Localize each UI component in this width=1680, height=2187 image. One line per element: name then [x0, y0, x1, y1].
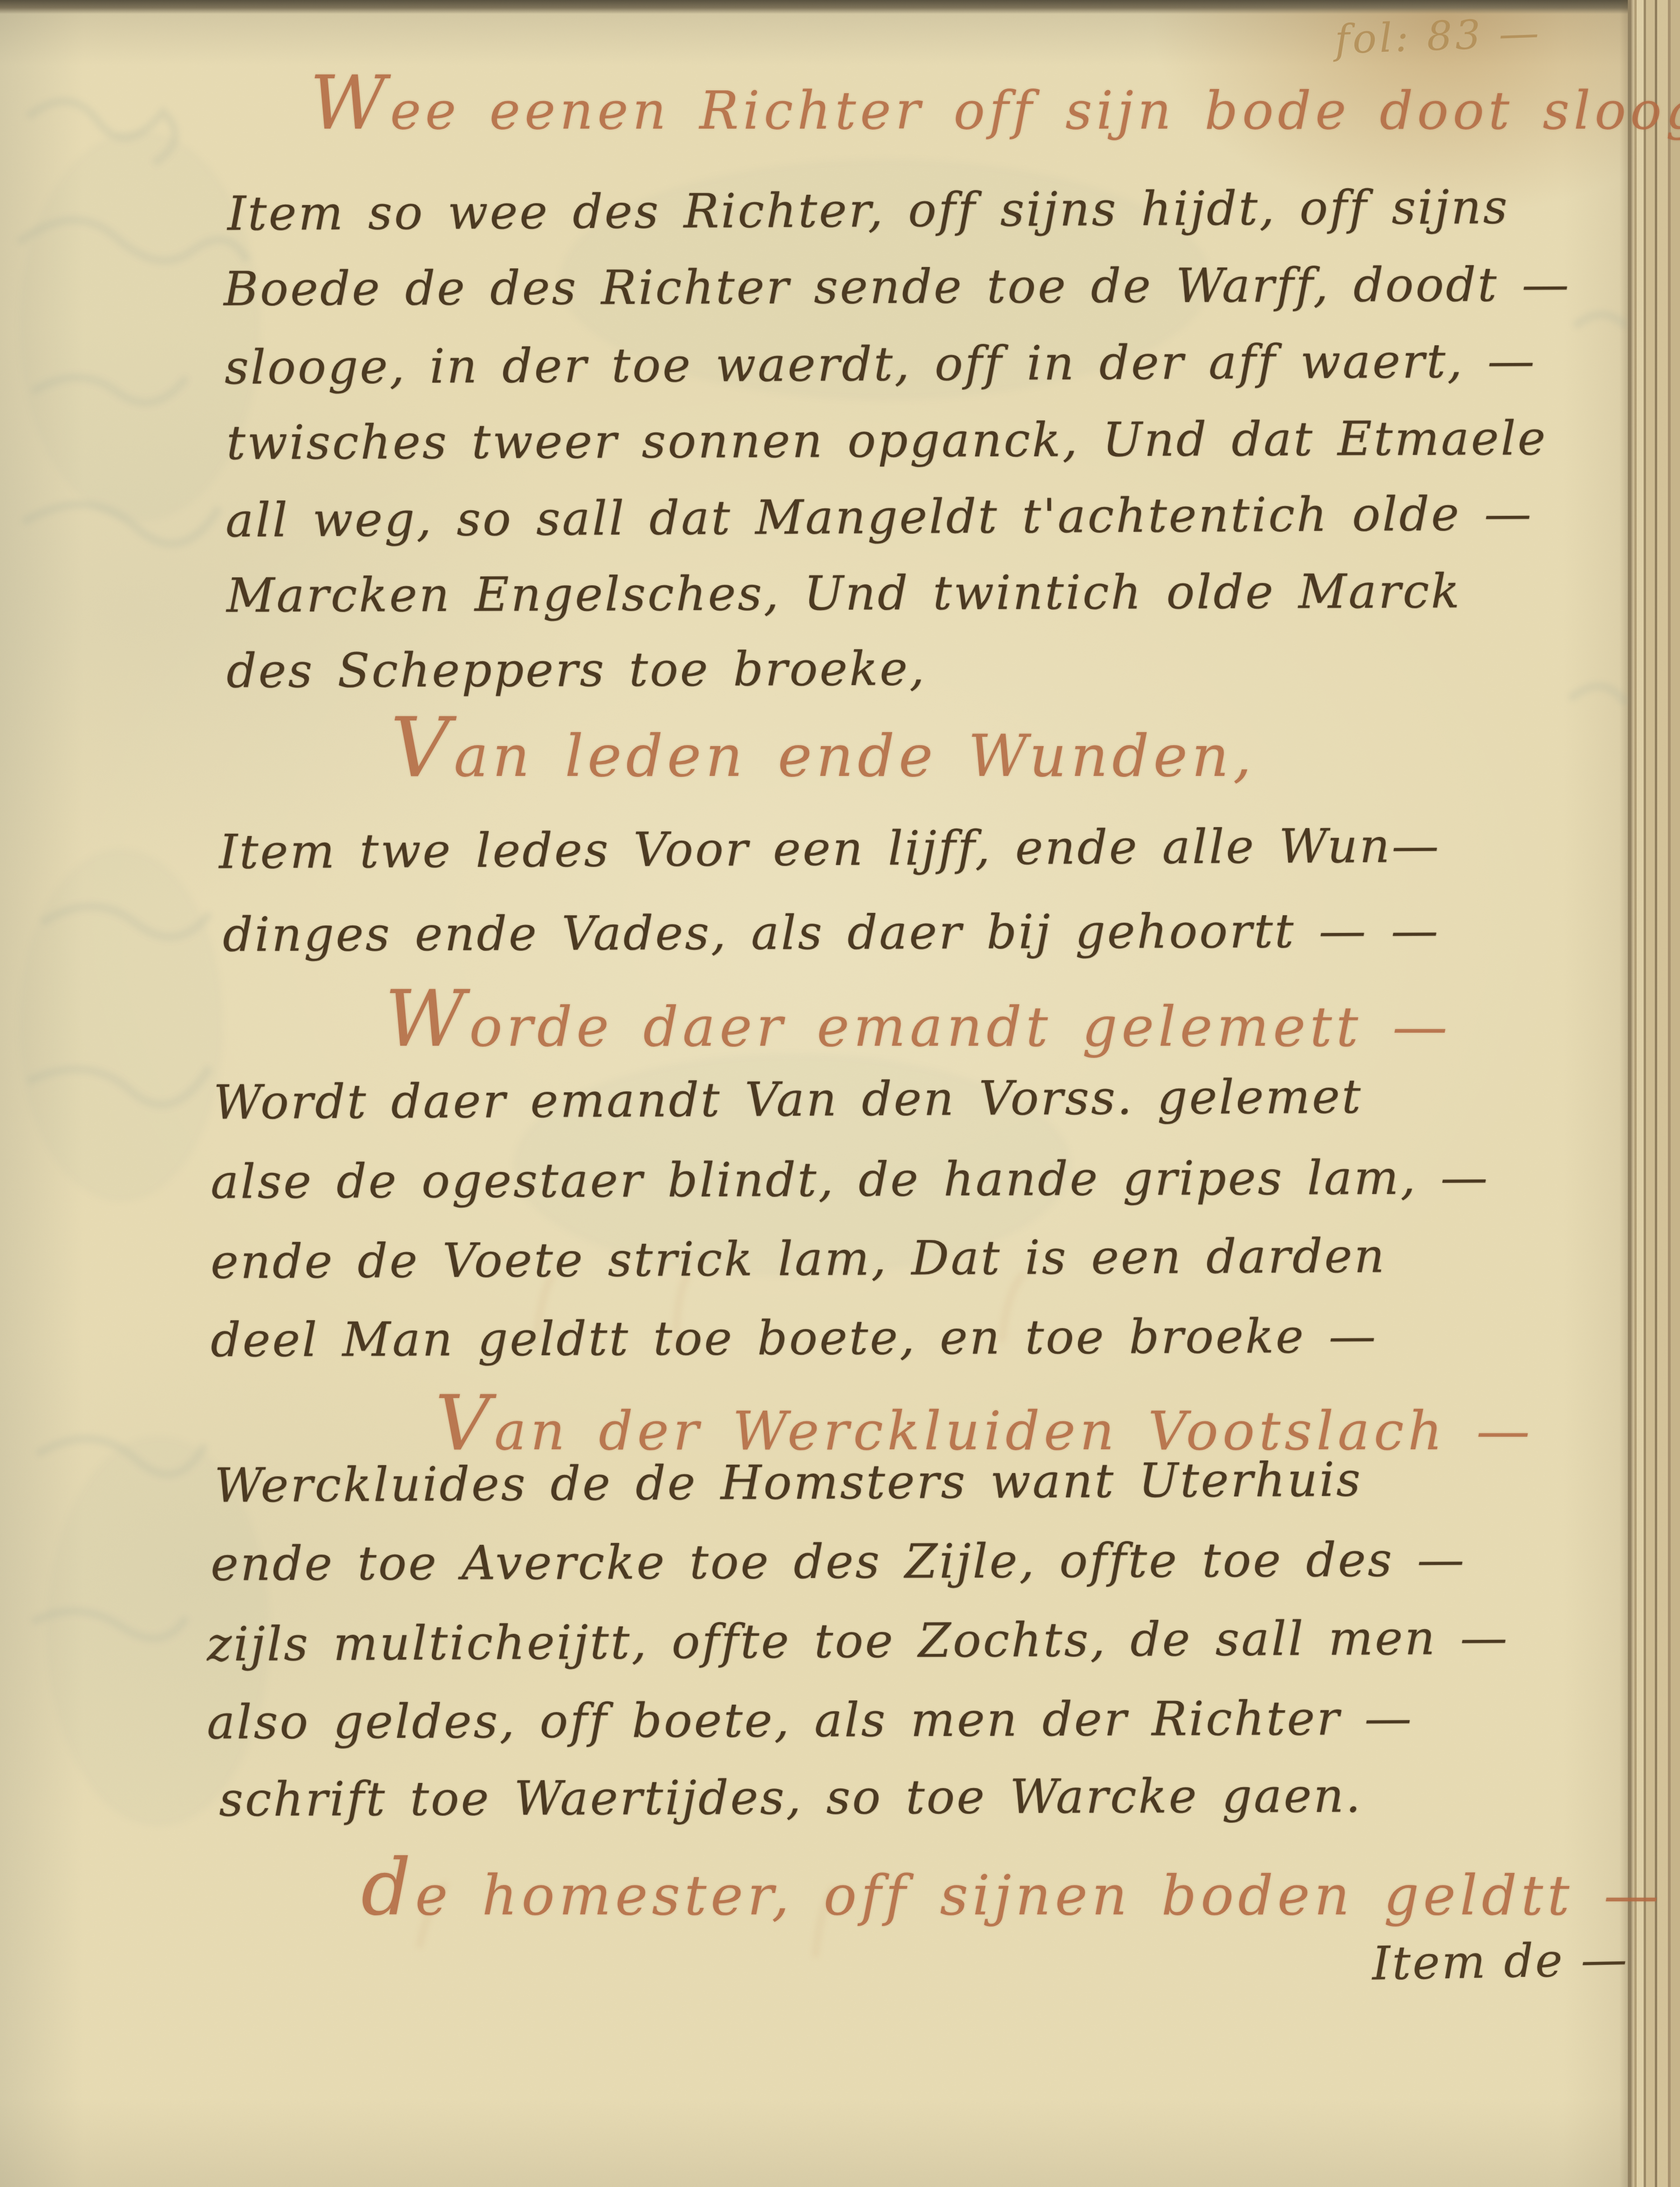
section-heading: Van leden ende Wunden,	[390, 700, 1256, 795]
manuscript-line: schrift toe Waertijdes, so toe Warcke ga…	[219, 1768, 1363, 1827]
manuscript-line: twisches tweer sonnen opganck, Und dat E…	[226, 411, 1548, 470]
manuscript-line: deel Man geldtt toe boete, en toe broeke…	[211, 1309, 1378, 1368]
section-heading: Wee eenen Richter off sijn bode doot slo…	[310, 60, 1680, 146]
manuscript-line: also geldes, off boete, als men der Rich…	[207, 1690, 1414, 1749]
manuscript-line: des Scheppers toe broeke,	[226, 641, 927, 698]
manuscript-line: Boede de des Richter sende toe de Warff,…	[224, 257, 1571, 316]
section-heading: de homester, off sijnen boden geldtt —	[361, 1842, 1663, 1933]
catchword: Item de —	[1372, 1933, 1629, 1991]
section-heading: Worde daer emandt gelemett —	[385, 973, 1452, 1064]
manuscript-line: slooge, in der toe waerdt, off in der af…	[225, 333, 1537, 395]
manuscript-line: Wordt daer emandt Van den Vorss. gelemet	[213, 1069, 1363, 1130]
manuscript-line: Marcken Engelsches, Und twintich olde Ma…	[226, 563, 1461, 623]
manuscript-line: ende toe Avercke toe des Zijle, offte to…	[211, 1532, 1466, 1591]
manuscript-page: fol: 83 — Wee eenen Richter off sijn bod…	[0, 0, 1680, 2187]
manuscript-line: all weg, so sall dat Mangeldt t'achtenti…	[225, 486, 1533, 548]
manuscript-line: Item twe ledes Voor een lijff, ende alle…	[219, 818, 1441, 879]
manuscript-line: Item so wee des Richter, off sijns hijdt…	[227, 179, 1509, 241]
manuscript-line: Werckluides de de Homsters want Uterhuis	[214, 1452, 1363, 1513]
manuscript-line: ende de Voete strick lam, Dat is een dar…	[211, 1228, 1386, 1289]
manuscript-line: alse de ogestaer blindt, de hande gripes…	[211, 1150, 1489, 1209]
folio-number: fol: 83 —	[1334, 9, 1542, 63]
manuscript-line: dinges ende Vades, als daer bij gehoortt…	[223, 903, 1440, 962]
manuscript-line: zijls multicheijtt, offte toe Zochts, de…	[207, 1610, 1509, 1672]
